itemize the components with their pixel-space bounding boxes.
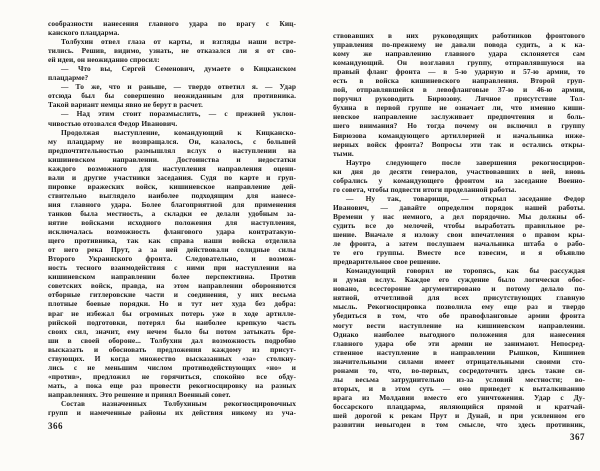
text-line: новано, всесторонне аргументировано и по…	[333, 284, 585, 293]
text-line: «против», предложил не горячиться, споко…	[48, 372, 296, 381]
text-line: бухина в первой группе не означает ли, ч…	[333, 103, 585, 112]
text-line: плотные боевые порядки. Но и тут нет худ…	[48, 299, 296, 308]
text-line: отборные гитлеровские части и соединения…	[48, 290, 296, 299]
text-line: нятие войсками исходного положения для н…	[48, 218, 296, 227]
text-line: — Над этим стоит поразмыслить, — с прежн…	[48, 109, 296, 118]
text-line: Командующий говорил не торопясь, как бы …	[333, 266, 585, 275]
text-line: вали и другие участники заседания. Судя …	[48, 173, 296, 182]
text-line: Времени у нас немного, а дел порядочно. …	[333, 212, 585, 221]
text-line: врага из Молдавии вместо его уничтожения…	[333, 393, 585, 402]
text-line: му плацдарму не возвращался. Он, казалос…	[48, 137, 296, 146]
text-line: ки дня до десяти генералов, участвовавши…	[333, 167, 585, 176]
text-line: пой, отправлявшейся в левофланговые 37-ю…	[333, 85, 585, 94]
text-line: правый фланг фронта — в 5-ю ударную и 57…	[333, 67, 585, 76]
text-line: мысль. Рекогносцировка позволила ему еще…	[333, 302, 585, 311]
text-line: от него река Прут, а за ней действовали …	[48, 245, 296, 254]
text-line: тыми.	[333, 149, 585, 158]
text-line: сообразности нанесения главного удара по…	[48, 19, 296, 28]
text-line: кишиневском направлении. Достоинства и н…	[48, 155, 296, 164]
text-line: кому же направлению главного удара склон…	[333, 49, 585, 58]
text-line: ствительно выглядело наиболее подходящим…	[48, 191, 296, 200]
page-number-right: 367	[333, 432, 585, 442]
text-line: кишиневском направлении более перспектив…	[48, 272, 296, 281]
text-line: невское направление заслуживает предпочт…	[333, 112, 585, 121]
text-line: канского плацдарма.	[48, 28, 296, 37]
text-line: лись с не меньшим числом противодействую…	[48, 363, 296, 372]
text-line: судить все до мелочей, чтобы выработать …	[333, 221, 585, 230]
book-spread: сообразности нанесения главного удара по…	[0, 0, 600, 471]
text-line: каждого возможного для наступления напра…	[48, 164, 296, 173]
page-right-text-column: ствовавших в них руководящих работников …	[333, 31, 585, 429]
text-line: и думая вслух. Каждое его суждение было …	[333, 275, 585, 284]
text-line: ния главного удара. Более благоприятной …	[48, 200, 296, 209]
text-line: Однако наиболее выгодного положения для …	[333, 330, 585, 339]
text-line: шей дорогой к рекам Прут и Дунай, и при …	[333, 411, 585, 420]
text-line: вторых, и в этом суть — оно приведет к в…	[333, 384, 585, 393]
text-line: враг не избежал бы огромных потерь уже в…	[48, 309, 296, 318]
text-line: нерных войск фронта? Вопросы эти так и о…	[333, 140, 585, 149]
text-line: те его группы. Вместе все взвесим, и я о…	[333, 248, 585, 257]
text-line: чивостью отозвался Федор Иванович.	[48, 119, 296, 128]
text-line: значительными силами имеет отрицательным…	[333, 357, 585, 366]
text-line: ши в своей обороне... Толбухин дал возмо…	[48, 336, 296, 345]
text-line: Иванович, — давайте определим порядок на…	[333, 203, 585, 212]
text-line: ронами то, что, во-первых, сосредоточить…	[333, 366, 585, 375]
text-line: тились. Решив, видимо, узнать, не отказа…	[48, 46, 296, 55]
text-line: ствовавших в них руководящих работников …	[333, 31, 585, 40]
page-number-left: 366	[48, 421, 63, 431]
text-line: шение. Вначале я изложу свои впечатления…	[333, 230, 585, 239]
text-line: высказать и обосновать предложения каждо…	[48, 345, 296, 354]
text-line: — Что вы, Сергей Семенович, думаете о Ки…	[48, 64, 296, 73]
text-line: убедиться в том, что обе правофланговые …	[333, 311, 585, 320]
text-line: ей идеи, он неожиданно спросил:	[48, 55, 296, 64]
text-line: ле фронта, а затем послушаем начальника …	[333, 239, 585, 248]
text-line: Продолжая выступление, командующий к Киц…	[48, 128, 296, 137]
text-line: шего внимания? Но тогда почему он включи…	[333, 121, 585, 130]
text-line: ность тесного взаимодействия с ними при …	[48, 263, 296, 272]
text-line: пировке вражеских войск, кишиневское нап…	[48, 182, 296, 191]
page-left-text-column: сообразности нанесения главного удара по…	[48, 19, 296, 417]
text-line: советских войск, правда, на этом направл…	[48, 281, 296, 290]
text-line: развитии невыгоден в том смысле, что зде…	[333, 420, 585, 429]
text-line: рийской подготовки, потерял бы наиболее …	[48, 318, 296, 327]
text-line: командующий. Он возглавил группу, отправ…	[333, 58, 585, 67]
text-line: го совета, чтобы подвести итоги проделан…	[333, 185, 585, 194]
text-line: групп и намеченные районы их действия ни…	[48, 408, 296, 417]
text-line: Наутро следующего после завершения реког…	[333, 158, 585, 167]
text-line: исключалась возможность флангового удара…	[48, 227, 296, 236]
text-line: могут вести наступление на кишиневском н…	[333, 321, 585, 330]
text-line: своих сил, значит, ему нечем было бы пот…	[48, 327, 296, 336]
text-line: щего противника, так как справа наши вой…	[48, 236, 296, 245]
text-line: нятной, отчетливой для всех присутствующ…	[333, 293, 585, 302]
text-line: Толбухин отвел глаза от карты, и взгляды…	[48, 37, 296, 46]
text-line: — Ну так, товарищи, — открыл заседание Ф…	[333, 194, 585, 203]
text-line: ственное наступление в направлении Рышко…	[333, 348, 585, 357]
text-line: боссарского плацдарма, являющийся прямой…	[333, 402, 585, 411]
text-line: Состав назначенных Толбухиным рекогносци…	[48, 399, 296, 408]
text-line: предварительное свое решение.	[333, 257, 585, 266]
text-line: Второго Украинского фронта. Следовательн…	[48, 254, 296, 263]
text-line: лы весьма затруднительно из-за условий м…	[333, 375, 585, 384]
text-line: направлениях. Это решение и принял Военн…	[48, 390, 296, 399]
text-line: Такой вариант немцы явно не берут в расч…	[48, 100, 296, 109]
text-line: мать, а пока еще раз провести рекогносци…	[48, 381, 296, 390]
text-line: есть в войска кишиневского направления. …	[333, 76, 585, 85]
text-line: отсюда был бы совершенно неожиданным для…	[48, 91, 296, 100]
text-line: Бирюзова командующего артиллерией и нача…	[333, 131, 585, 140]
text-line: главного удара обе эти армии не занимают…	[333, 339, 585, 348]
text-line: собрались у командующего фронтом на засе…	[333, 176, 585, 185]
text-line: плацдарме?	[48, 73, 296, 82]
text-line: управления по-прежнему не давали повода …	[333, 40, 585, 49]
text-line: ствующих. И когда множество высказанных …	[48, 354, 296, 363]
text-line: — То же, что и раньше, — твердо ответил …	[48, 82, 296, 91]
text-line: предпочтительностью размышлял вслух о на…	[48, 146, 296, 155]
text-line: танков была местность, а складки ее дела…	[48, 209, 296, 218]
text-line: поручил руководить Бирюзову. Личное прис…	[333, 94, 585, 103]
